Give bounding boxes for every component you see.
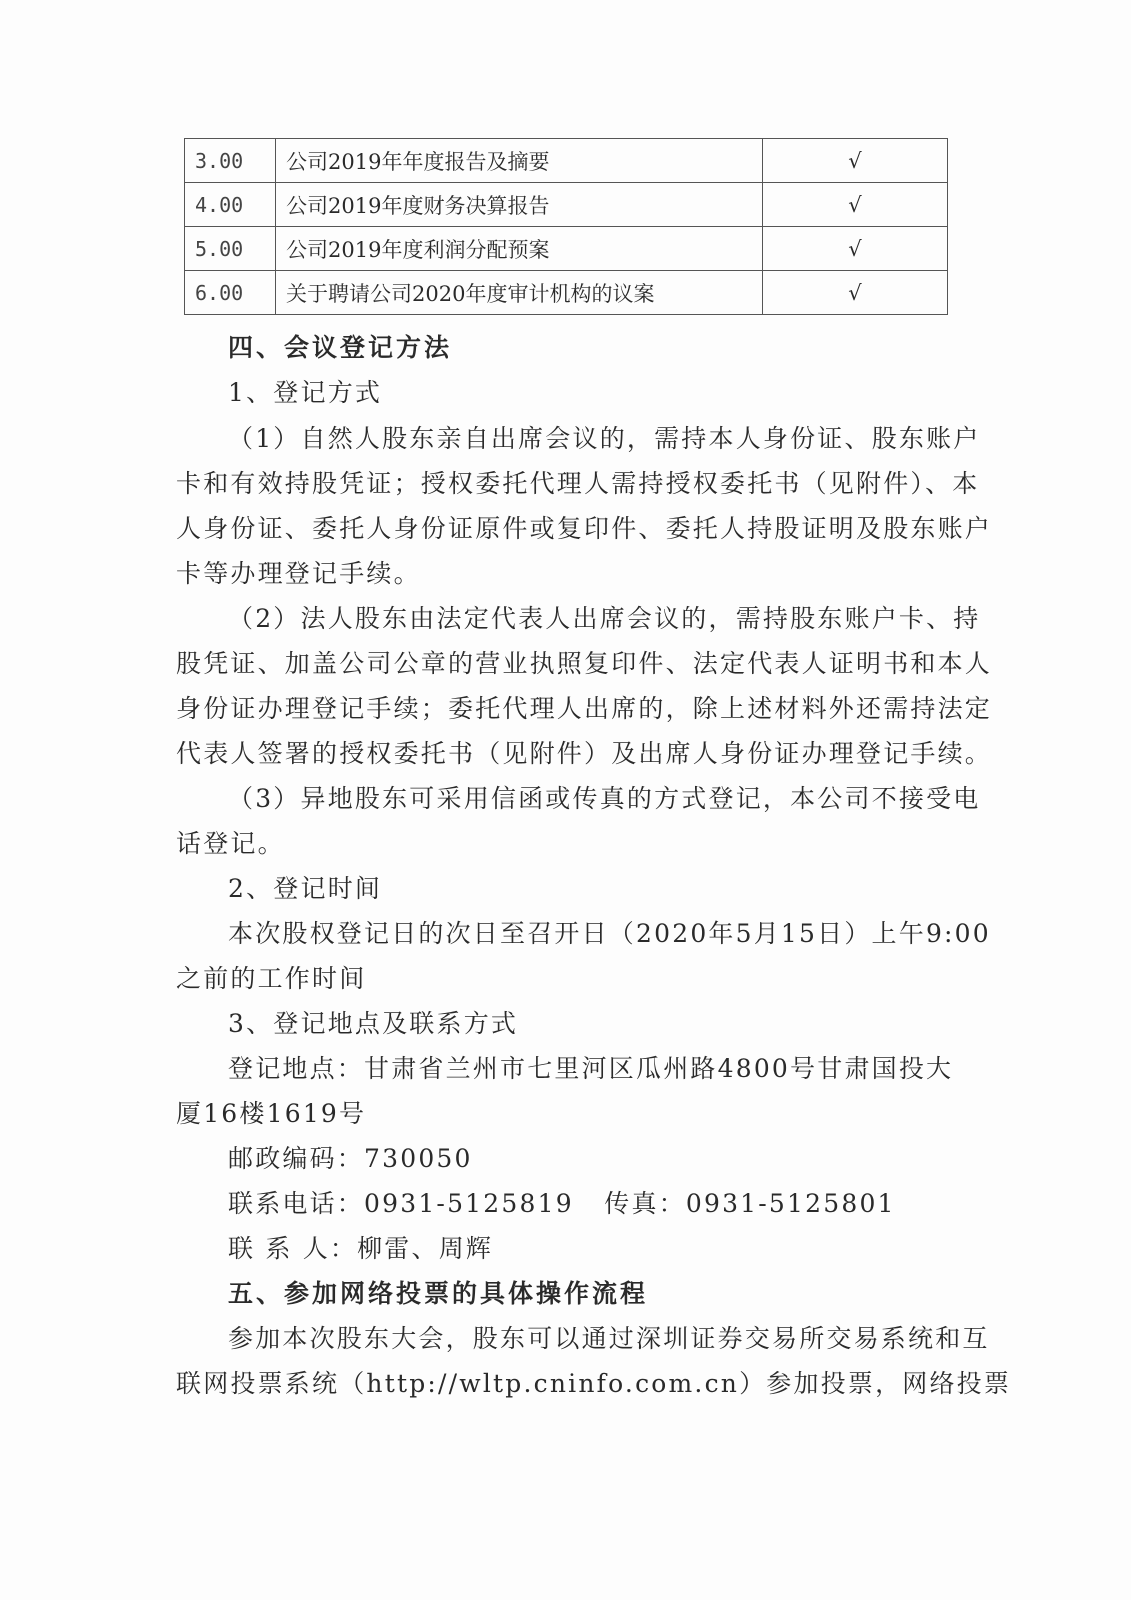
motion-number: 5.00: [185, 227, 276, 271]
table-row: 4.00 公司2019年度财务决算报告 √: [185, 183, 948, 227]
motion-name: 公司2019年度利润分配预案: [276, 227, 763, 271]
motion-name: 关于聘请公司2020年度审计机构的议案: [276, 271, 763, 315]
contact-person: 联 系 人：柳雷、周辉: [228, 1234, 1008, 1264]
paragraph-line: 参加本次股东大会，股东可以通过深圳证券交易所交易系统和互: [228, 1324, 1008, 1354]
paragraph-line: 本次股权登记日的次日至召开日（2020年5月15日）上午9:00: [228, 919, 1008, 949]
paragraph-line: 股凭证、加盖公司公章的营业执照复印件、法定代表人证明书和本人: [176, 649, 956, 679]
postcode: 邮政编码：730050: [228, 1144, 1008, 1174]
table-row: 6.00 关于聘请公司2020年度审计机构的议案 √: [185, 271, 948, 315]
paragraph-line: 代表人签署的授权委托书（见附件）及出席人身份证办理登记手续。: [176, 739, 956, 769]
subheading: 2、登记时间: [228, 874, 1008, 904]
motion-name: 公司2019年度财务决算报告: [276, 183, 763, 227]
paragraph-line: （1）自然人股东亲自出席会议的，需持本人身份证、股东账户: [228, 424, 1008, 454]
motion-number: 6.00: [185, 271, 276, 315]
paragraph-line: 联网投票系统（http://wltp.cninfo.com.cn）参加投票，网络…: [176, 1369, 956, 1399]
motion-name: 公司2019年年度报告及摘要: [276, 139, 763, 183]
check-mark-icon: √: [763, 271, 948, 315]
table-row: 5.00 公司2019年度利润分配预案 √: [185, 227, 948, 271]
table-row: 3.00 公司2019年年度报告及摘要 √: [185, 139, 948, 183]
section-heading: 五、参加网络投票的具体操作流程: [228, 1279, 1008, 1309]
subheading: 1、登记方式: [228, 378, 1008, 408]
section-heading: 四、会议登记方法: [228, 333, 1008, 363]
paragraph-line: 之前的工作时间: [176, 964, 956, 994]
paragraph-line: 人身份证、委托人身份证原件或复印件、委托人持股证明及股东账户: [176, 514, 956, 544]
paragraph-line: （3）异地股东可采用信函或传真的方式登记，本公司不接受电: [228, 784, 1008, 814]
paragraph-line: 卡等办理登记手续。: [176, 559, 956, 589]
address-line: 登记地点：甘肃省兰州市七里河区瓜州路4800号甘肃国投大: [228, 1054, 1008, 1084]
subheading: 3、登记地点及联系方式: [228, 1009, 1008, 1039]
check-mark-icon: √: [763, 139, 948, 183]
motions-table: 3.00 公司2019年年度报告及摘要 √ 4.00 公司2019年度财务决算报…: [184, 138, 948, 315]
paragraph-line: 卡和有效持股凭证；授权委托代理人需持授权委托书（见附件）、本: [176, 469, 956, 499]
motion-number: 4.00: [185, 183, 276, 227]
check-mark-icon: √: [763, 183, 948, 227]
motion-number: 3.00: [185, 139, 276, 183]
paragraph-line: 话登记。: [176, 829, 956, 859]
address-line: 厦16楼1619号: [176, 1099, 956, 1129]
check-mark-icon: √: [763, 227, 948, 271]
paragraph-line: （2）法人股东由法定代表人出席会议的，需持股东账户卡、持: [228, 604, 1008, 634]
phone-fax: 联系电话：0931-5125819 传真：0931-5125801: [228, 1189, 1008, 1219]
document-page: 3.00 公司2019年年度报告及摘要 √ 4.00 公司2019年度财务决算报…: [0, 0, 1131, 1600]
paragraph-line: 身份证办理登记手续；委托代理人出席的，除上述材料外还需持法定: [176, 694, 956, 724]
